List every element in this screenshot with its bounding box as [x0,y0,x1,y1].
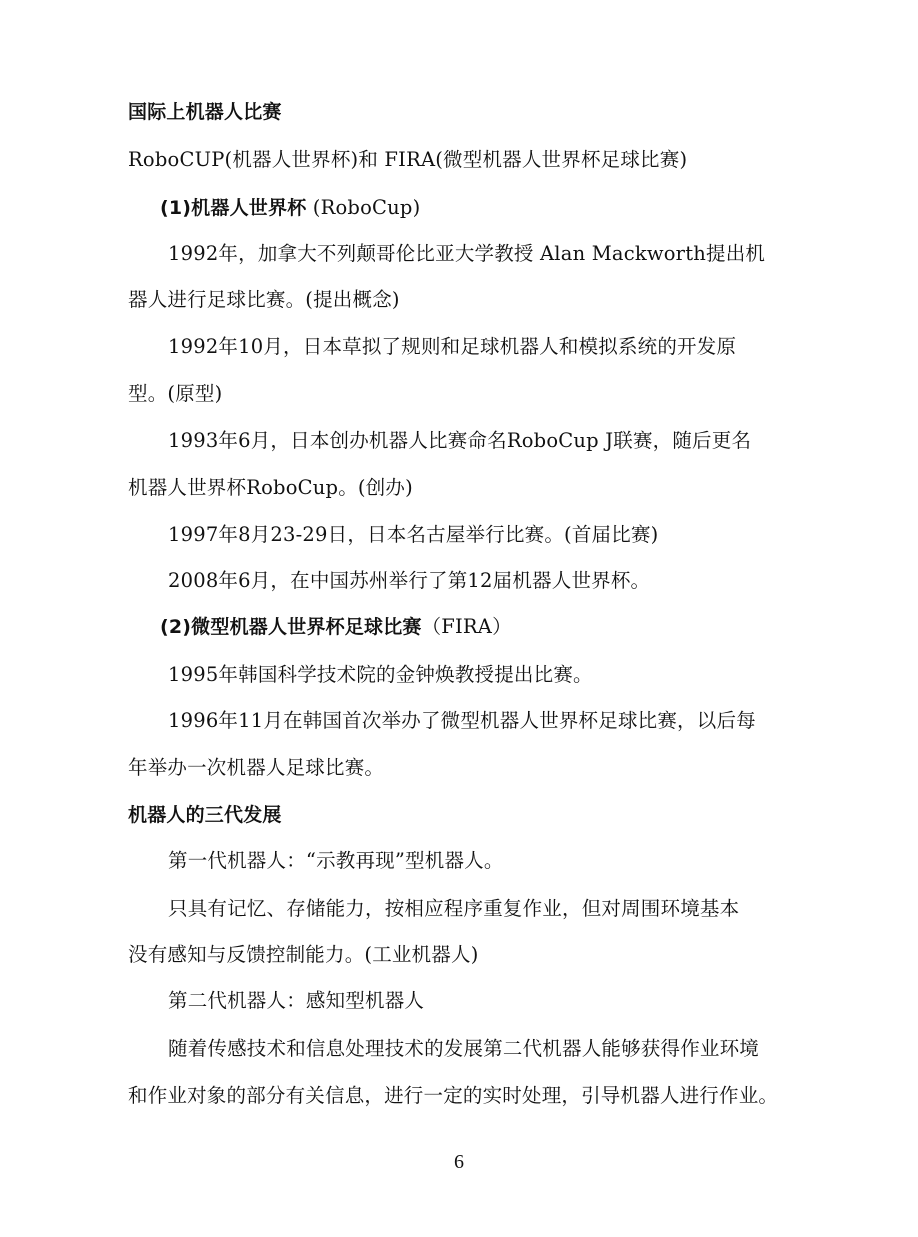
paragraph-line: 1996年11月在韩国首次举办了微型机器人世界杯足球比赛，以后每 [168,709,756,733]
subheading-robocup: (1)机器人世界杯 (RoboCup) [160,196,420,220]
paragraph-line: 机器人世界杯RoboCup。(创办) [128,476,413,500]
paragraph-line: 只具有记忆、存储能力，按相应程序重复作业，但对周围环境基本 [168,897,739,921]
paragraph-line: 随着传感技术和信息处理技术的发展第二代机器人能够获得作业环境 [168,1037,759,1061]
subheading-robocup-label: (1)机器人世界杯 [160,197,306,219]
paragraph-line: 1995年韩国科学技术院的金钟焕教授提出比赛。 [168,663,593,687]
section-heading-three-generations: 机器人的三代发展 [128,803,282,827]
paragraph-line: 没有感知与反馈控制能力。(工业机器人) [128,943,479,967]
paragraph-line: 1993年6月，日本创办机器人比赛命名RoboCup J联赛，随后更名 [168,429,751,453]
section-heading-international-competitions: 国际上机器人比赛 [128,100,282,124]
paragraph-line: 1997年8月23-29日，日本名古屋举行比赛。(首届比赛) [168,523,658,547]
paragraph-line: 和作业对象的部分有关信息，进行一定的实时处理，引导机器人进行作业。 [128,1084,778,1108]
paragraph-line: 第二代机器人：感知型机器人 [168,989,424,1013]
subheading-fira-suffix: （FIRA） [422,615,512,638]
subheading-fira: (2)微型机器人世界杯足球比赛（FIRA） [160,615,512,639]
paragraph-line: 第一代机器人：“示教再现”型机器人。 [168,849,504,873]
subheading-fira-label: (2)微型机器人世界杯足球比赛 [160,616,422,638]
intro-paragraph: RoboCUP(机器人世界杯)和 FIRA(微型机器人世界杯足球比赛) [128,148,687,172]
paragraph-line: 2008年6月，在中国苏州举行了第12届机器人世界杯。 [168,569,650,593]
paragraph-line: 1992年10月，日本草拟了规则和足球机器人和模拟系统的开发原 [168,335,736,359]
paragraph-line: 年举办一次机器人足球比赛。 [128,756,384,780]
paragraph-line: 器人进行足球比赛。(提出概念) [128,288,400,312]
page-number: 6 [0,1151,918,1174]
paragraph-line: 型。(原型) [128,382,222,406]
paragraph-line: 1992年，加拿大不列颠哥伦比亚大学教授 Alan Mackworth提出机 [168,242,765,266]
subheading-robocup-suffix: (RoboCup) [306,196,420,219]
